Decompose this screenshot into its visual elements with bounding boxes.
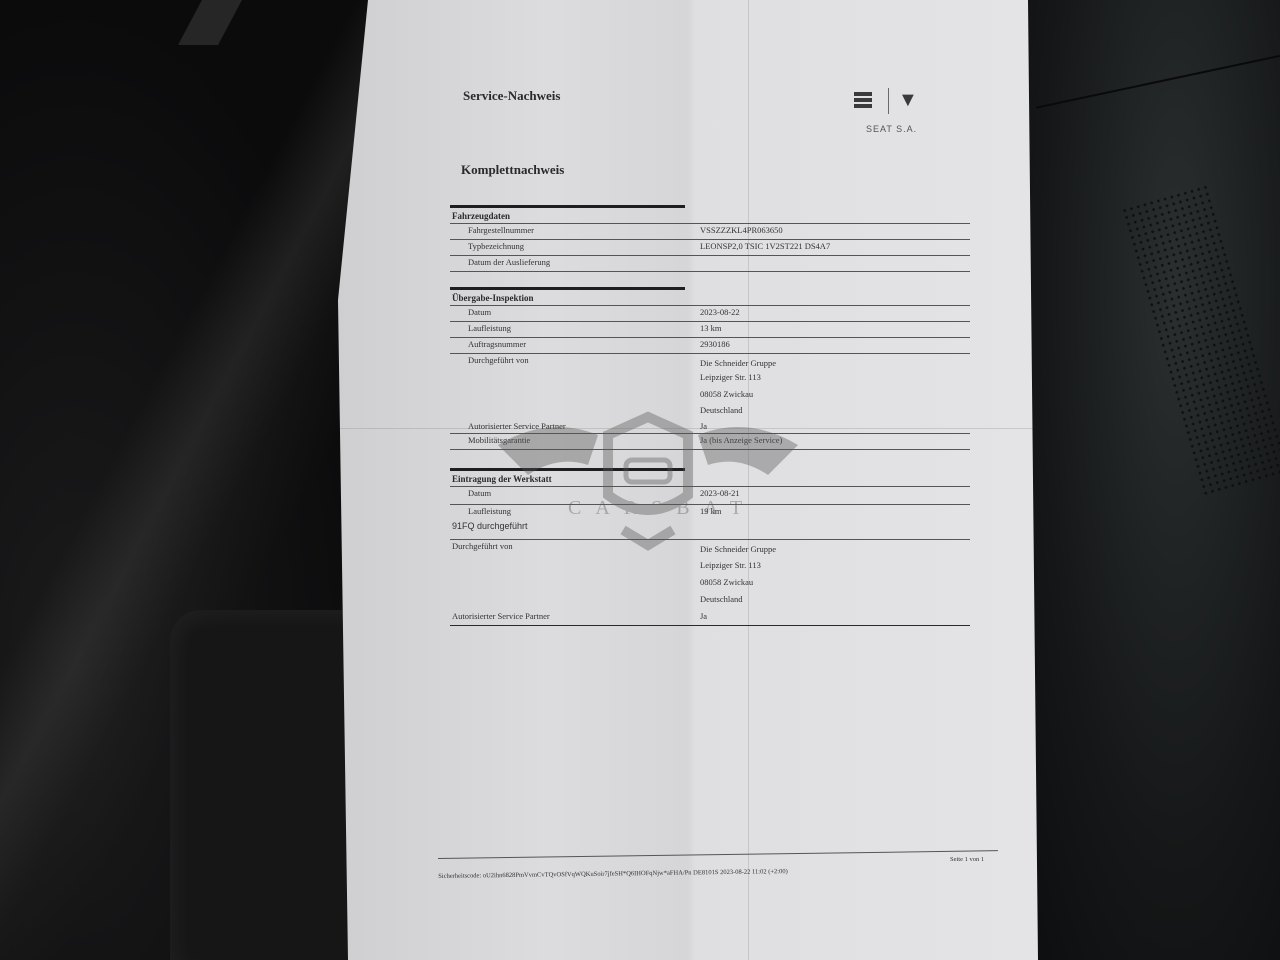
- seat-seam: [1030, 23, 1280, 108]
- row-label: Datum: [468, 307, 491, 317]
- table-row: Deutschland: [450, 404, 970, 419]
- row-value: 2023-08-21: [700, 488, 740, 498]
- row-label: Auftragsnummer: [468, 339, 526, 349]
- table-row: 08058 Zwickau: [450, 388, 970, 403]
- row-value: Deutschland: [700, 405, 743, 415]
- table-row: Autorisierter Service Partner Ja: [450, 610, 970, 625]
- seat-logo-icon: [854, 92, 872, 108]
- row-value: Die Schneider Gruppe: [700, 544, 776, 554]
- seat-strap: [178, 0, 242, 45]
- section-heading: Übergabe-Inspektion: [452, 293, 534, 303]
- logo-separator: [888, 88, 889, 114]
- table-row: Durchgeführt von Die Schneider Gruppe: [450, 353, 970, 369]
- section-heading: Eintragung der Werkstatt: [452, 474, 552, 484]
- document-footer: Sicherheitscode: oU2ihn6828PmVvmCvTQvOSf…: [438, 850, 998, 859]
- table-row: Auftragsnummer 2930186: [450, 337, 970, 353]
- table-row: Durchgeführt von Die Schneider Gruppe: [450, 539, 970, 555]
- row-value: 13 km: [700, 323, 722, 333]
- table-row-end: [450, 449, 970, 465]
- row-label: Datum: [468, 488, 491, 498]
- table-row-end: [450, 625, 970, 641]
- table-row: Leipziger Str. 113: [450, 559, 970, 574]
- brand-logo: ▼ SEAT S.A.: [850, 88, 950, 138]
- row-label: 91FQ durchgeführt: [452, 521, 528, 531]
- row-value: VSSZZZKL4PR063650: [700, 225, 783, 235]
- table-row: Mobilitätsgarantie Ja (bis Anzeige Servi…: [450, 433, 970, 449]
- table-row: 91FQ durchgeführt: [450, 520, 970, 535]
- page-number: Seite 1 von 1: [950, 856, 984, 863]
- seat-perforation: [1120, 183, 1280, 496]
- row-value: Leipziger Str. 113: [700, 372, 761, 382]
- row-label: Datum der Auslieferung: [468, 257, 550, 267]
- table-row: Typbezeichnung LEONSP2,0 TSIC 1V2ST221 D…: [450, 239, 970, 255]
- row-value: Deutschland: [700, 594, 743, 604]
- section-rule: [450, 205, 685, 208]
- row-label: Laufleistung: [468, 323, 511, 333]
- row-value: 2930186: [700, 339, 730, 349]
- row-value: 08058 Zwickau: [700, 389, 753, 399]
- row-value: Die Schneider Gruppe: [700, 358, 776, 368]
- table-row: Fahrgestellnummer VSSZZZKL4PR063650: [450, 223, 970, 239]
- row-value: 2023-08-22: [700, 307, 740, 317]
- table-row: Laufleistung 19 km: [450, 504, 970, 520]
- row-value: 08058 Zwickau: [700, 577, 753, 587]
- table-row: Datum der Auslieferung: [450, 255, 970, 271]
- table-row: Laufleistung 13 km: [450, 321, 970, 337]
- row-value: Ja: [700, 421, 707, 431]
- row-label: Fahrgestellnummer: [468, 225, 534, 235]
- table-row: Datum 2023-08-21: [450, 486, 970, 502]
- fold-line-vertical: [748, 0, 749, 960]
- background-car-seat-right: [1020, 0, 1280, 960]
- row-value: 19 km: [700, 506, 722, 516]
- table-row-end: [450, 271, 970, 287]
- row-label: Mobilitätsgarantie: [468, 435, 530, 445]
- table-row: 08058 Zwickau: [450, 576, 970, 591]
- cupra-logo-icon: ▼: [898, 90, 918, 110]
- section-heading: Fahrzeugdaten: [452, 211, 510, 221]
- row-value: Ja: [700, 611, 707, 621]
- table-row: Deutschland: [450, 593, 970, 608]
- section-rule: [450, 468, 685, 471]
- background-car-seat-left: [0, 0, 380, 960]
- row-value: Ja (bis Anzeige Service): [700, 435, 782, 445]
- row-label: Laufleistung: [468, 506, 511, 516]
- row-value: LEONSP2,0 TSIC 1V2ST221 DS4A7: [700, 241, 830, 251]
- security-code: Sicherheitscode: oU2ihn6828PmVvmCvTQvOSf…: [438, 868, 788, 880]
- row-label: Durchgeführt von: [468, 355, 529, 365]
- document-subtitle: Komplettnachweis: [461, 162, 564, 178]
- row-label: Durchgeführt von: [452, 541, 513, 551]
- brand-name: SEAT S.A.: [866, 124, 917, 134]
- section-rule: [450, 287, 685, 290]
- row-label: Autorisierter Service Partner: [468, 421, 566, 431]
- table-row: Leipziger Str. 113: [450, 371, 970, 386]
- row-value: Leipziger Str. 113: [700, 560, 761, 570]
- service-document: Service-Nachweis ▼ SEAT S.A. Komplettnac…: [338, 0, 1038, 960]
- row-label: Autorisierter Service Partner: [452, 611, 550, 621]
- document-title: Service-Nachweis: [463, 88, 560, 104]
- row-label: Typbezeichnung: [468, 241, 524, 251]
- table-row: Datum 2023-08-22: [450, 305, 970, 321]
